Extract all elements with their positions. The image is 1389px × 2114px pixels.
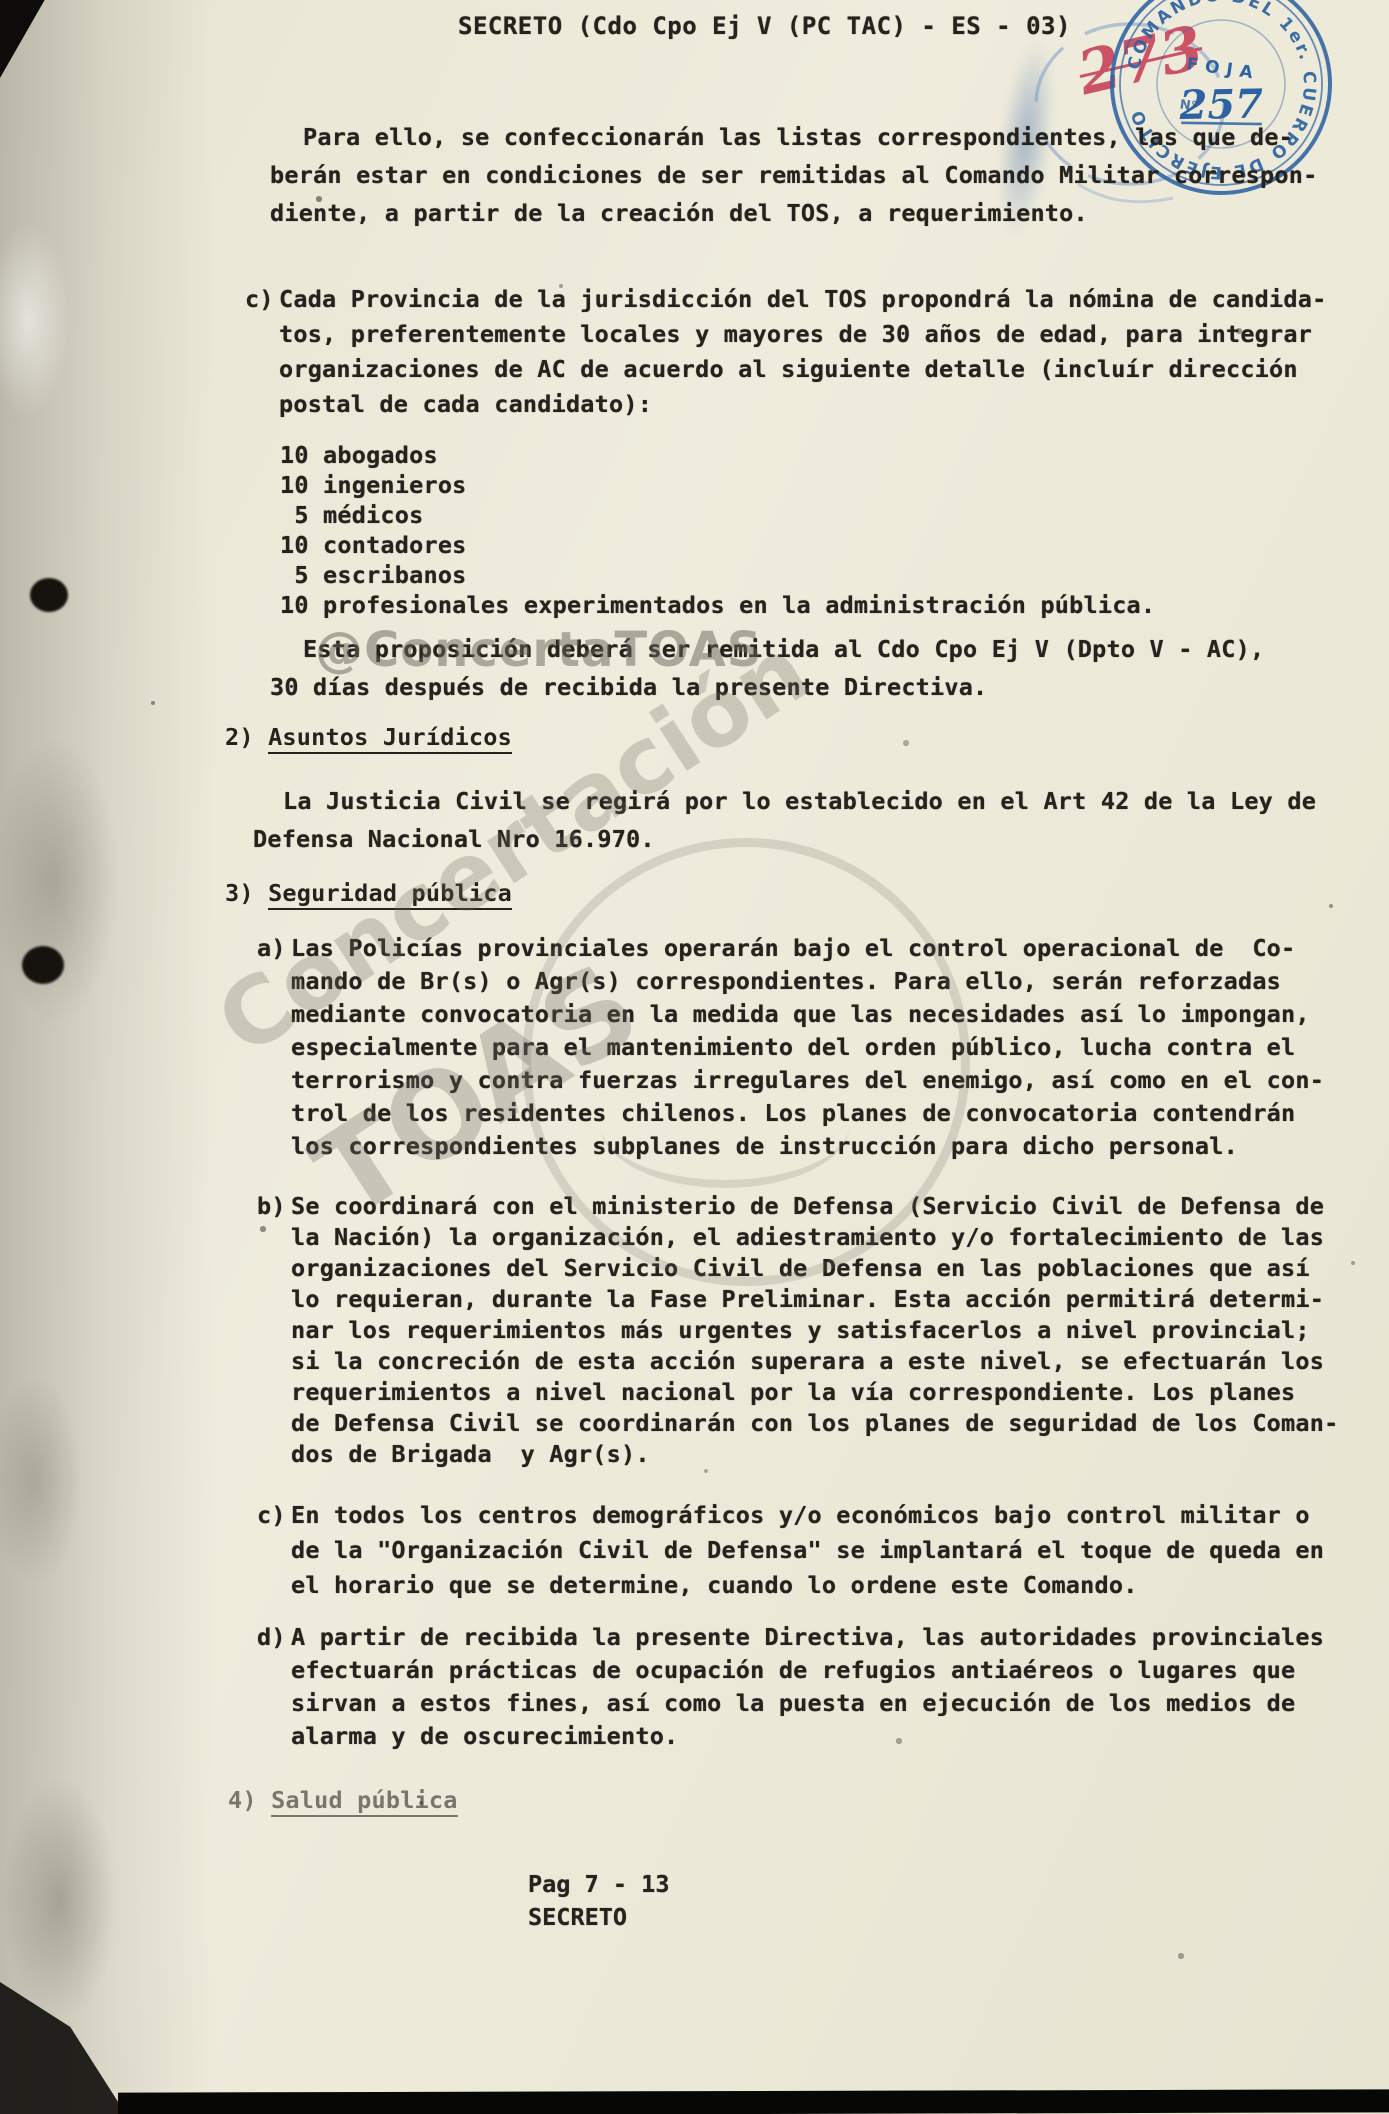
text-line: organizaciones de AC de acuerdo al sigui… [279, 352, 1326, 387]
intro-paragraph: Para ello, se confeccionarán las listas … [270, 118, 1389, 232]
text-line: Para ello, se confeccionarán las listas … [270, 118, 1389, 156]
text-line: diente, a partir de la creación del TOS,… [270, 194, 1389, 232]
document-body: Para ello, se confeccionarán las listas … [0, 0, 1389, 1815]
scanned-document-page: SECRETO (Cdo Cpo Ej V (PC TAC) - ES - 03… [0, 0, 1389, 2114]
text-line: efectuarán prácticas de ocupación de ref… [291, 1654, 1324, 1687]
list-item: 5 médicos [280, 500, 1389, 530]
item-c-provincias: c) Cada Provincia de la jurisdicción del… [245, 282, 1389, 422]
justice-paragraph: La Justicia Civil se regirá por lo estab… [253, 782, 1389, 858]
text-line: los correspondientes subplanes de instru… [291, 1130, 1324, 1163]
text-line: Esta proposición deberá ser remitida al … [270, 630, 1389, 668]
text-line: especialmente para el mantenimiento del … [291, 1031, 1324, 1064]
section-heading-asuntos-juridicos: 2) Asuntos Jurídicos [225, 722, 1389, 752]
text-line: Las Policías provinciales operarán bajo … [291, 932, 1324, 965]
text-line: alarma y de oscurecimiento. [291, 1720, 1324, 1753]
footer-classification: SECRETO [528, 1901, 669, 1934]
text-line: si la concreción de esta acción superara… [291, 1346, 1338, 1377]
list-item: 10 contadores [280, 530, 1389, 560]
text-line: Se coordinará con el ministerio de Defen… [291, 1191, 1338, 1222]
text-line: Cada Provincia de la jurisdicción del TO… [279, 282, 1326, 317]
item-lines: Las Policías provinciales operarán bajo … [291, 932, 1324, 1163]
section-title: Seguridad pública [268, 879, 512, 910]
text-line: postal de cada candidato): [279, 387, 1326, 422]
proposal-paragraph: Esta proposición deberá ser remitida al … [270, 630, 1389, 706]
text-line: La Justicia Civil se regirá por lo estab… [253, 782, 1389, 820]
text-line: nar los requerimientos más urgentes y sa… [291, 1315, 1338, 1346]
text-line: organizaciones del Servicio Civil de Def… [291, 1253, 1338, 1284]
candidate-quota-list: 10 abogados10 ingenieros 5 médicos10 con… [280, 440, 1389, 620]
item-label: c) [245, 282, 279, 422]
scan-edge-bottom [118, 2089, 1389, 2114]
footer-page-number: Pag 7 - 13 [528, 1868, 669, 1901]
text-line: requerimientos a nivel nacional por la v… [291, 1377, 1338, 1408]
list-item: 10 ingenieros [280, 470, 1389, 500]
section-number: 2) [225, 723, 254, 751]
text-line: trol de los residentes chilenos. Los pla… [291, 1097, 1324, 1130]
page-footer: Pag 7 - 13 SECRETO [528, 1868, 669, 1934]
list-item: 5 escribanos [280, 560, 1389, 590]
section-heading-salud-publica: 4) Salud pública [228, 1785, 1389, 1815]
text-line: tos, preferentemente locales y mayores d… [279, 317, 1326, 352]
text-line: 30 días después de recibida la presente … [270, 668, 1389, 706]
text-line: la Nación) la organización, el adiestram… [291, 1222, 1338, 1253]
item-label: b) [257, 1191, 291, 1470]
item-b-defensa-civil: b) Se coordinará con el ministerio de De… [257, 1191, 1389, 1470]
item-label: d) [257, 1621, 291, 1753]
text-line: mando de Br(s) o Agr(s) correspondientes… [291, 965, 1324, 998]
text-line: de la "Organización Civil de Defensa" se… [291, 1533, 1324, 1568]
text-line: el horario que se determine, cuando lo o… [291, 1568, 1324, 1603]
section-number: 3) [225, 879, 254, 907]
text-line: berán estar en condiciones de ser remiti… [270, 156, 1389, 194]
item-label: a) [257, 932, 291, 1163]
text-line: de Defensa Civil se coordinarán con los … [291, 1408, 1338, 1439]
item-lines: En todos los centros demográficos y/o ec… [291, 1498, 1324, 1603]
text-line: terrorismo y contra fuerzas irregulares … [291, 1064, 1324, 1097]
item-label: c) [257, 1498, 291, 1603]
section-heading-seguridad-publica: 3) Seguridad pública [225, 878, 1389, 908]
item-lines: Se coordinará con el ministerio de Defen… [291, 1191, 1338, 1470]
item-lines: Cada Provincia de la jurisdicción del TO… [279, 282, 1326, 422]
list-item: 10 profesionales experimentados en la ad… [280, 590, 1389, 620]
text-line: mediante convocatoria en la medida que l… [291, 998, 1324, 1031]
item-lines: A partir de recibida la presente Directi… [291, 1621, 1324, 1753]
text-line: lo requieran, durante la Fase Preliminar… [291, 1284, 1338, 1315]
section-title: Salud pública [271, 1786, 458, 1817]
section-number: 4) [228, 1786, 257, 1814]
text-line: sirvan a estos fines, así como la puesta… [291, 1687, 1324, 1720]
text-line: Defensa Nacional Nro 16.970. [253, 820, 1389, 858]
item-c-toque-de-queda: c) En todos los centros demográficos y/o… [257, 1498, 1389, 1603]
text-line: En todos los centros demográficos y/o ec… [291, 1498, 1324, 1533]
text-line: dos de Brigada y Agr(s). [291, 1439, 1338, 1470]
section-title: Asuntos Jurídicos [268, 723, 512, 754]
item-a-policias: a) Las Policías provinciales operarán ba… [257, 932, 1389, 1163]
item-d-refugios: d) A partir de recibida la presente Dire… [257, 1621, 1389, 1753]
text-line: A partir de recibida la presente Directi… [291, 1621, 1324, 1654]
list-item: 10 abogados [280, 440, 1389, 470]
